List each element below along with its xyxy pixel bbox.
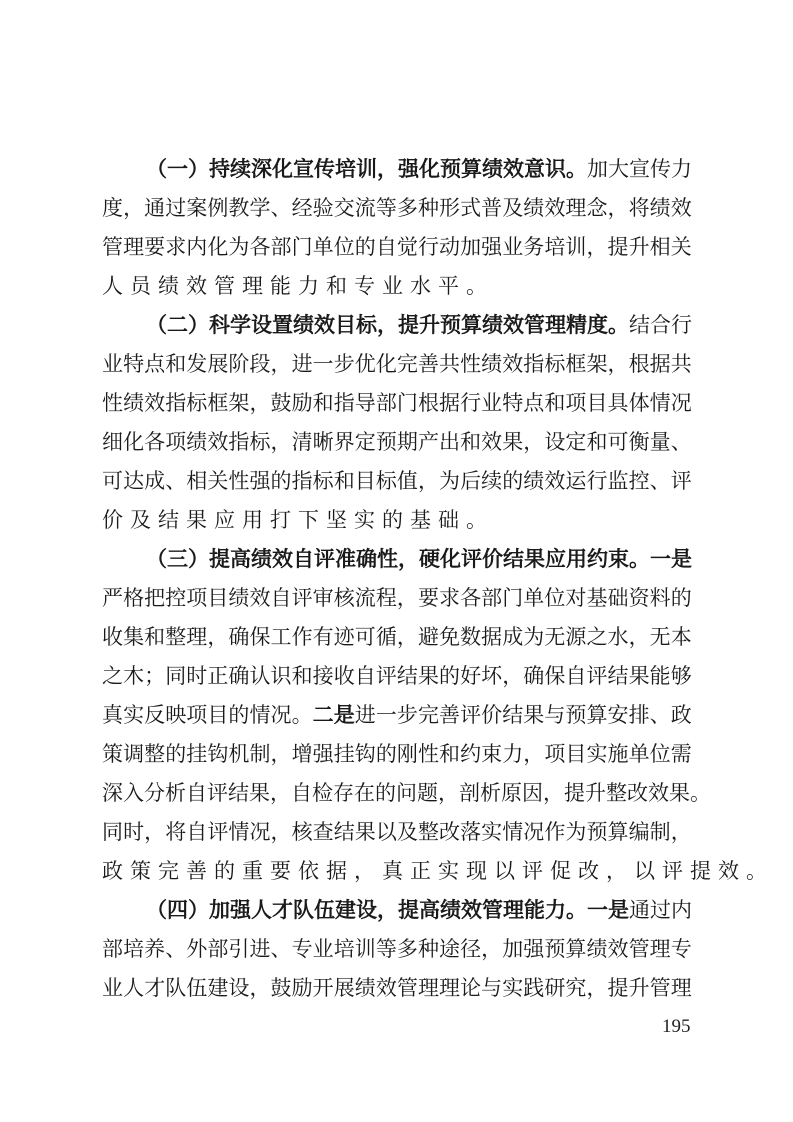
text-line: 价及结果应用打下坚实的基础。 (102, 501, 692, 540)
text-line: 策调整的挂钩机制，增强挂钩的刚性和约束力，项目实施单位需 (102, 735, 692, 774)
text-line: 之木；同时正确认识和接收自评结果的好坏，确保自评结果能够 (102, 657, 692, 696)
text-line: 细化各项绩效指标，清晰界定预期产出和效果，设定和可衡量、 (102, 423, 692, 462)
text-line: 管理要求内化为各部门单位的自觉行动加强业务培训，提升相关 (102, 228, 692, 267)
paragraph-2: （二）科学设置绩效目标，提升预算绩效管理精度。结合行业特点和发展阶段，进一步优化… (102, 306, 692, 540)
paragraph-1: （一）持续深化宣传培训，强化预算绩效意识。加大宣传力度，通过案例教学、经验交流等… (102, 150, 692, 306)
text-line: 真实反映项目的情况。二是进一步完善评价结果与预算安排、政 (102, 696, 692, 735)
text-line: （二）科学设置绩效目标，提升预算绩效管理精度。结合行 (102, 306, 692, 345)
text-line: 可达成、相关性强的指标和目标值，为后续的绩效运行监控、评 (102, 462, 692, 501)
text-line: 人员绩效管理能力和专业水平。 (102, 267, 692, 306)
text-line: （三）提高绩效自评准确性，硬化评价结果应用约束。一是 (102, 540, 692, 579)
text-line: 政策完善的重要依据，真正实现以评促改，以评提效。 (102, 852, 692, 891)
text-line: 同时，将自评情况，核查结果以及整改落实情况作为预算编制， (102, 813, 692, 852)
text-line: 业特点和发展阶段，进一步优化完善共性绩效指标框架，根据共 (102, 345, 692, 384)
text-line: （一）持续深化宣传培训，强化预算绩效意识。加大宣传力 (102, 150, 692, 189)
text-line: 深入分析自评结果，自检存在的问题，剖析原因，提升整改效果。 (102, 774, 692, 813)
page-number: 195 (662, 1016, 691, 1038)
text-line: 度，通过案例教学、经验交流等多种形式普及绩效理念，将绩效 (102, 189, 692, 228)
text-line: （四）加强人才队伍建设，提高绩效管理能力。一是通过内 (102, 891, 692, 930)
text-line: 业人才队伍建设，鼓励开展绩效管理理论与实践研究，提升管理 (102, 969, 692, 1008)
text-line: 部培养、外部引进、专业培训等多种途径，加强预算绩效管理专 (102, 930, 692, 969)
paragraph-4: （四）加强人才队伍建设，提高绩效管理能力。一是通过内部培养、外部引进、专业培训等… (102, 891, 692, 1008)
text-line: 收集和整理，确保工作有迹可循，避免数据成为无源之水，无本 (102, 618, 692, 657)
text-line: 性绩效指标框架，鼓励和指导部门根据行业特点和项目具体情况 (102, 384, 692, 423)
document-body: （一）持续深化宣传培训，强化预算绩效意识。加大宣传力度，通过案例教学、经验交流等… (102, 150, 692, 1008)
paragraph-3: （三）提高绩效自评准确性，硬化评价结果应用约束。一是严格把控项目绩效自评审核流程… (102, 540, 692, 891)
text-line: 严格把控项目绩效自评审核流程，要求各部门单位对基础资料的 (102, 579, 692, 618)
